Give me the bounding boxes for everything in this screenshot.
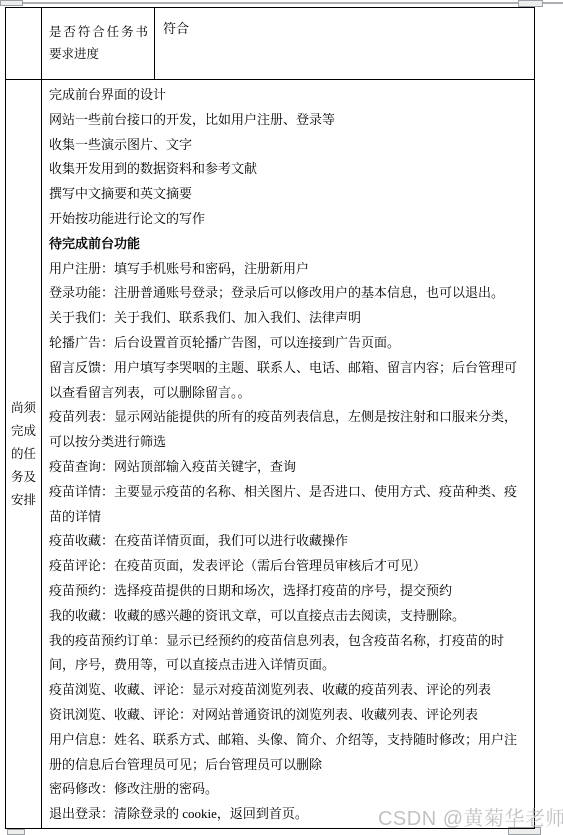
task-paragraph: 用户注册：填写手机账号和密码，注册新用户 — [49, 257, 527, 282]
task-paragraph: 留言反馈：用户填写李哭咽的主题、联系人、电话、邮箱、留言内容；后台管理可以查看留… — [49, 356, 527, 406]
task-paragraph: 关于我们：关于我们、联系我们、加入我们、法律声明 — [49, 306, 527, 331]
compliance-row: 是否符合任务书要求进度 符合 — [6, 8, 535, 80]
compliance-label: 是否符合任务书要求进度 — [42, 8, 154, 65]
empty-side-cell — [6, 8, 42, 80]
task-paragraph: 开始按功能进行论文的写作 — [49, 207, 527, 232]
task-paragraph: 疫苗浏览、收藏、评论：显示对疫苗浏览列表、收藏的疫苗列表、评论的列表 — [49, 678, 527, 703]
task-paragraph: 疫苗预约：选择疫苗提供的日期和场次，选择打疫苗的序号，提交预约 — [49, 579, 527, 604]
table-handle-top-left — [0, 0, 23, 6]
task-paragraph: 疫苗列表：显示网站能提供的所有的疫苗列表信息，左侧是按注射和口服来分类，可以按分… — [49, 405, 527, 455]
window-edge-line — [0, 2, 563, 4]
task-paragraph: 轮播广告：后台设置首页轮播广告图，可以连接到广告页面。 — [49, 331, 527, 356]
task-paragraph: 我的疫苗预约订单：显示已经预约的疫苗信息列表，包含疫苗名称，打疫苗的时间，序号，… — [49, 629, 527, 679]
task-paragraph: 登录功能：注册普通账号登录；登录后可以修改用户的基本信息，也可以退出。 — [49, 281, 527, 306]
task-paragraphs: 完成前台界面的设计网站一些前台接口的开发，比如用户注册、登录等收集一些演示图片、… — [42, 80, 535, 829]
task-paragraph: 我的收藏：收藏的感兴趣的资讯文章，可以直接点击去阅读，支持删除。 — [49, 604, 527, 629]
task-paragraph: 疫苗详情：主要显示疫苗的名称、相关图片、是否进口、使用方式、疫苗种类、疫苗的详情 — [49, 480, 527, 530]
task-paragraph: 撰写中文摘要和英文摘要 — [49, 182, 527, 207]
compliance-value-cell: 符合 — [155, 8, 535, 80]
task-paragraph: 收集一些演示图片、文字 — [49, 133, 527, 158]
tasks-row: 尚须完成的任务及安排 完成前台界面的设计网站一些前台接口的开发，比如用户注册、登… — [6, 80, 535, 829]
task-paragraph: 网站一些前台接口的开发，比如用户注册、登录等 — [49, 108, 527, 133]
task-paragraph: 待完成前台功能 — [49, 232, 527, 257]
progress-report-table: 是否符合任务书要求进度 符合 尚须完成的任务及安排 完成前台界面的设计网站一些前… — [5, 7, 535, 829]
task-paragraph: 疫苗评论：在疫苗页面，发表评论（需后台管理员审核后才可见） — [49, 554, 527, 579]
task-paragraph: 疫苗收藏：在疫苗详情页面，我们可以进行收藏操作 — [49, 529, 527, 554]
tasks-side-label: 尚须完成的任务及安排 — [6, 80, 42, 829]
table-handle-top-right — [518, 0, 543, 7]
csdn-watermark: CSDN @黄菊华老师 — [378, 802, 563, 831]
table-handle-bottom-left — [7, 829, 25, 835]
task-paragraph: 收集开发用到的数据资料和参考文献 — [49, 157, 527, 182]
task-paragraph: 用户信息：姓名、联系方式、邮箱、头像、简介、介绍等，支持随时修改；用户注册的信息… — [49, 728, 527, 778]
compliance-label-cell: 是否符合任务书要求进度 — [42, 8, 155, 80]
task-paragraph: 疫苗查询：网站顶部输入疫苗关键字，查询 — [49, 455, 527, 480]
task-paragraph: 完成前台界面的设计 — [49, 83, 527, 108]
compliance-value: 符合 — [155, 8, 534, 37]
task-paragraph: 密码修改：修改注册的密码。 — [49, 777, 527, 802]
task-paragraph: 资讯浏览、收藏、评论：对网站普通资讯的浏览列表、收藏列表、评论列表 — [49, 703, 527, 728]
